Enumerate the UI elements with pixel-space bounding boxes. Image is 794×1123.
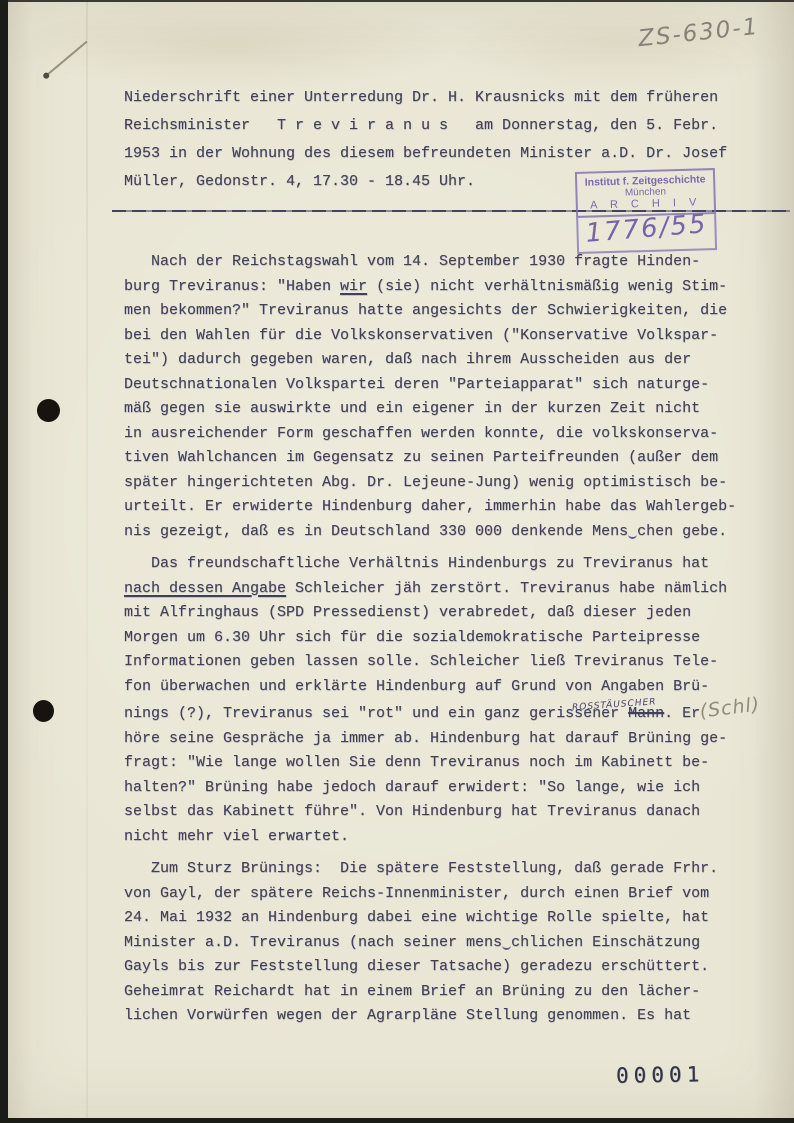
text-segment: Müller, Gedonstr. 4, 17.30 - 18.45 Uhr.	[124, 173, 475, 190]
text-segment: Gayls bis zur Feststellung dieser Tatsac…	[124, 958, 709, 975]
text-segment: nicht mehr viel erwartet.	[124, 828, 349, 845]
scan-edge-left	[0, 0, 8, 1123]
typewritten-line: Reichsminister T r e v i r a n u s am Do…	[124, 112, 727, 140]
typewritten-line: tei") dadurch gegeben waren, daß nach ih…	[124, 348, 761, 373]
text-segment: nings (?), Treviranus sei "rot" und ein …	[124, 705, 628, 722]
paper-crease	[86, 0, 88, 1123]
typewritten-line: Informationen geben lassen solle. Schlei…	[124, 650, 761, 675]
punch-hole-bottom	[33, 700, 54, 722]
typewritten-line: nings (?), Treviranus sei "rot" und ein …	[124, 699, 761, 727]
text-segment: höre seine Gespräche ja immer ab. Hinden…	[124, 730, 727, 747]
typewritten-line: mit Alfringhaus (SPD Pressedienst) verab…	[124, 601, 761, 626]
text-segment: bei den Wahlen für die Volkskonservative…	[124, 327, 718, 344]
typewritten-line: Minister a.D. Treviranus (nach seiner me…	[124, 931, 761, 956]
typewritten-line: von Gayl, der spätere Reichs-Innenminist…	[124, 882, 761, 907]
typewritten-line: selbst das Kabinett führe". Von Hindenbu…	[124, 800, 761, 825]
text-segment: tiven Wahlchancen im Gegensatz zu seinen…	[124, 449, 718, 466]
typewritten-line: Geheimrat Reichardt hat in einem Brief a…	[124, 980, 761, 1005]
page-number-stamp: 00001	[616, 1062, 705, 1088]
scan-edge-top	[0, 0, 794, 2]
document-page: ZS-630-1 Niederschrift einer Unterredung…	[0, 0, 794, 1123]
typewritten-line: urteilt. Er erwiderte Hindenburg daher, …	[124, 495, 761, 520]
text-segment: burg Treviranus: "Haben	[124, 278, 340, 295]
typewritten-line: men bekommen?" Treviranus hatte angesich…	[124, 299, 761, 324]
text-segment: nis gezeigt, daß es in Deutschland 330 0…	[124, 523, 628, 540]
text-segment: Zum Sturz Brünings: Die spätere Feststel…	[124, 860, 718, 877]
archive-stamp: Institut f. Zeitgeschichte München A R C…	[575, 168, 717, 254]
archival-code-handwritten: ZS-630-1	[637, 14, 761, 53]
text-segment: in ausreichender Form geschaffen werden …	[124, 425, 718, 442]
text-segment: später hingerichteten Abg. Dr. Lejeune-J…	[124, 474, 727, 491]
typewritten-line: 24. Mai 1932 an Hindenburg dabei eine wi…	[124, 906, 761, 931]
typewritten-line: in ausreichender Form geschaffen werden …	[124, 422, 761, 447]
typewritten-paragraph: Zum Sturz Brünings: Die spätere Feststel…	[124, 857, 761, 1029]
text-segment: urteilt. Er erwiderte Hindenburg daher, …	[124, 498, 736, 515]
text-segment: Niederschrift einer Unterredung Dr. H. K…	[124, 89, 718, 106]
typewritten-line: 1953 in der Wohnung des diesem befreunde…	[124, 140, 727, 168]
text-segment: selbst das Kabinett führe". Von Hindenbu…	[124, 803, 700, 820]
text-segment: Nach der Reichstagswahl vom 14. Septembe…	[124, 253, 700, 270]
text-segment: chen gebe.	[637, 523, 727, 540]
typewritten-line: fragt: "Wie lange wollen Sie denn Trevir…	[124, 751, 761, 776]
text-segment: fragt: "Wie lange wollen Sie denn Trevir…	[124, 754, 709, 771]
typewritten-line: lichen Vorwürfen wegen der Agrarpläne St…	[124, 1004, 761, 1029]
text-segment: tei") dadurch gegeben waren, daß nach ih…	[124, 351, 691, 368]
typewritten-line: Morgen um 6.30 Uhr sich für die sozialde…	[124, 626, 761, 651]
typewritten-paragraph: Nach der Reichstagswahl vom 14. Septembe…	[124, 250, 761, 544]
text-segment: Morgen um 6.30 Uhr sich für die sozialde…	[124, 629, 700, 646]
text-segment: 1953 in der Wohnung des diesem befreunde…	[124, 145, 727, 162]
typewritten-line: Das freundschaftliche Verhältnis Hindenb…	[124, 552, 761, 577]
typewritten-line: Gayls bis zur Feststellung dieser Tatsac…	[124, 955, 761, 980]
typewritten-body: Nach der Reichstagswahl vom 14. Septembe…	[124, 250, 761, 1037]
text-segment: 24. Mai 1932 an Hindenburg dabei eine wi…	[124, 909, 709, 926]
handwritten-tie-mark	[502, 942, 511, 950]
text-segment: mäß gegen sie auswirkte und ein eigener …	[124, 400, 700, 417]
text-segment: (sie) nicht verhältnismäßig wenig Stim-	[367, 278, 727, 295]
text-segment: Informationen geben lassen solle. Schlei…	[124, 653, 718, 670]
text-segment: lichen Vorwürfen wegen der Agrarpläne St…	[124, 1007, 691, 1024]
text-segment: Das freundschaftliche Verhältnis Hindenb…	[124, 555, 709, 572]
text-segment: chlichen Einschätzung	[511, 934, 700, 951]
typewritten-line: tiven Wahlchancen im Gegensatz zu seinen…	[124, 446, 761, 471]
text-segment: halten?" Brüning habe jedoch darauf erwi…	[124, 779, 700, 796]
text-segment: Minister a.D. Treviranus (nach seiner me…	[124, 934, 502, 951]
text-segment: Schleicher jäh zerstört. Treviranus habe…	[286, 580, 727, 597]
underlined-text: wir	[340, 278, 367, 295]
text-segment: men bekommen?" Treviranus hatte angesich…	[124, 302, 727, 319]
typewritten-line: Zum Sturz Brünings: Die spätere Feststel…	[124, 857, 761, 882]
typewritten-line: nach dessen Angabe Schleicher jäh zerstö…	[124, 577, 761, 602]
typewritten-line: höre seine Gespräche ja immer ab. Hinden…	[124, 727, 761, 752]
typewritten-paragraph: Das freundschaftliche Verhältnis Hindenb…	[124, 552, 761, 849]
stamp-number-box: 1776/55	[576, 214, 717, 254]
typewritten-line: halten?" Brüning habe jedoch darauf erwi…	[124, 776, 761, 801]
typewritten-line: mäß gegen sie auswirkte und ein eigener …	[124, 397, 761, 422]
text-segment: Deutschnationalen Volkspartei deren "Par…	[124, 376, 709, 393]
text-segment: Geheimrat Reichardt hat in einem Brief a…	[124, 983, 700, 1000]
pencil-scratch-mark	[46, 41, 87, 76]
typewritten-line: Deutschnationalen Volkspartei deren "Par…	[124, 373, 761, 398]
text-segment: mit Alfringhaus (SPD Pressedienst) verab…	[124, 604, 691, 621]
typewritten-line: nicht mehr viel erwartet.	[124, 825, 761, 850]
typewritten-line: Niederschrift einer Unterredung Dr. H. K…	[124, 84, 727, 112]
punch-hole-top	[37, 399, 60, 422]
text-segment: Reichsminister T r e v i r a n u s am Do…	[124, 117, 718, 134]
handwritten-tie-mark	[628, 531, 637, 539]
typewritten-line: burg Treviranus: "Haben wir (sie) nicht …	[124, 275, 761, 300]
text-segment: von Gayl, der spätere Reichs-Innenminist…	[124, 885, 709, 902]
underlined-text: nach dessen Angabe	[124, 580, 286, 597]
typewritten-line: Nach der Reichstagswahl vom 14. Septembe…	[124, 250, 761, 275]
corrected-word-wrapper: MannROSSTÄUSCHER	[628, 702, 664, 727]
typewritten-line: nis gezeigt, daß es in Deutschland 330 0…	[124, 520, 761, 545]
typewritten-line: bei den Wahlen für die Volkskonservative…	[124, 324, 761, 349]
scan-edge-bottom	[0, 1118, 794, 1123]
typewritten-line: später hingerichteten Abg. Dr. Lejeune-J…	[124, 471, 761, 496]
